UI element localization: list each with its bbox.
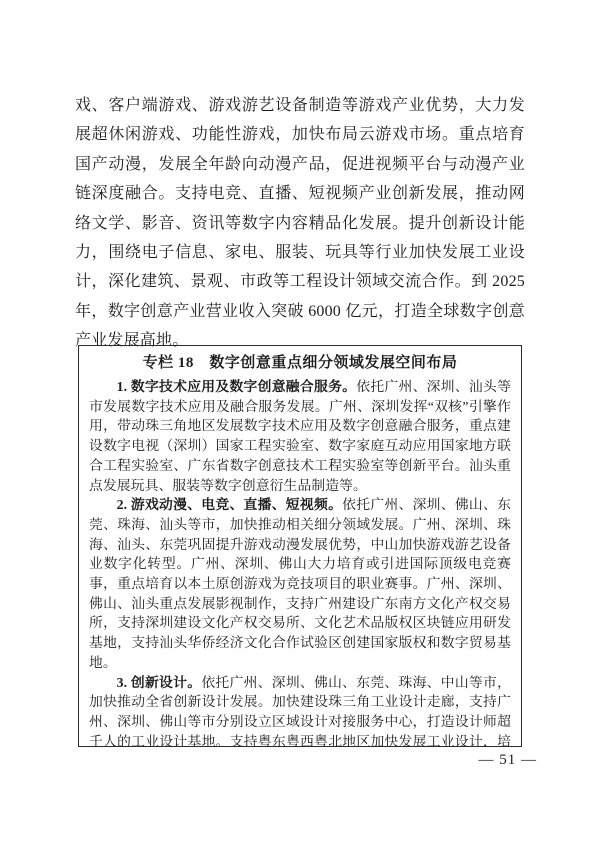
item-1-lead: 1. 数字技术应用及数字创意融合服务。 — [117, 379, 357, 394]
page-number: — 51 — — [479, 752, 538, 769]
column-box-title: 专栏 18 数字创意重点细分领域发展空间布局 — [89, 353, 511, 374]
body-paragraph: 戏、客户端游戏、游戏游艺设备制造等游戏产业优势，大力发展超休闲游戏、功能性游戏，… — [75, 91, 525, 356]
item-1-text: 依托广州、深圳、汕头等市发展数字技术应用及融合服务发展。广州、深圳发挥“双核”引… — [89, 379, 511, 493]
column-box-item-2: 2. 游戏动漫、电竞、直播、短视频。依托广州、深圳、佛山、东莞、珠海、汕头等市，… — [89, 495, 511, 672]
column-box-item-3: 3. 创新设计。依托广州、深圳、佛山、东莞、珠海、中山等市，加快推动全省创新设计… — [89, 673, 511, 747]
item-2-text: 依托广州、深圳、佛山、东莞、珠海、汕头等市，加快推动相关细分领域发展。广州、深圳… — [89, 497, 511, 670]
document-page: 戏、客户端游戏、游戏游艺设备制造等游戏产业优势，大力发展超休闲游戏、功能性游戏，… — [0, 0, 600, 848]
column-box: 专栏 18 数字创意重点细分领域发展空间布局 1. 数字技术应用及数字创意融合服… — [78, 345, 522, 747]
item-3-lead: 3. 创新设计。 — [117, 675, 202, 690]
column-box-item-1: 1. 数字技术应用及数字创意融合服务。依托广州、深圳、汕头等市发展数字技术应用及… — [89, 377, 511, 495]
item-2-lead: 2. 游戏动漫、电竞、直播、短视频。 — [117, 497, 343, 512]
